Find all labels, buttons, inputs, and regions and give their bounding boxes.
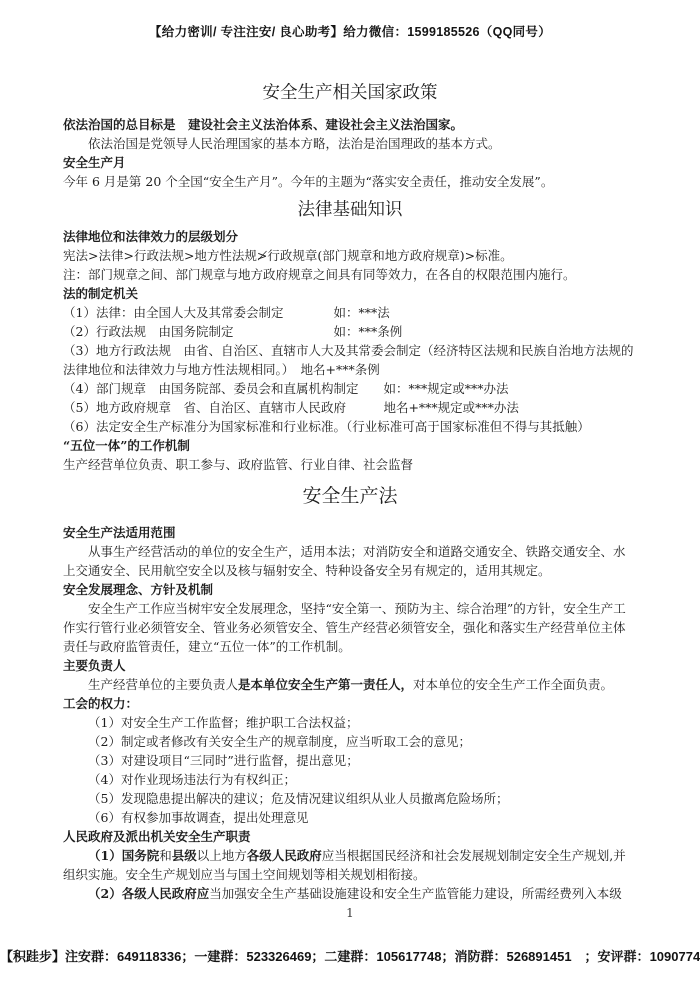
text-run: （6）法定安全生产标准分为国家标准和行业标准。（行业标准可高于国家标准但不得与其… (63, 419, 590, 434)
text-run: 依法治国是党领导人民治理国家的基本方略，法治是治国理政的基本方式。 (88, 136, 501, 151)
bold-text-run: 是本单位安全生产第一责任人， (238, 677, 413, 692)
text-run: （5）地方政府规章 省、自治区、直辖市人民政府 地名+***规定或***办法 (63, 400, 519, 415)
paragraph: （3）地方行政法规 由省、自治区、直辖市人大及其常委会制定（经济特区法规和民族自… (63, 341, 637, 379)
paragraph: 生产经营单位的主要负责人是本单位安全生产第一责任人，对本单位的安全生产工作全面负… (63, 675, 637, 694)
paragraph: 生产经营单位负责、职工参与、政府监管、行业自律、社会监督 (63, 455, 637, 474)
text-run: （3）对建设项目“三同时”进行监督，提出意见； (88, 753, 359, 768)
heading: 安全生产法 (63, 483, 637, 510)
text-run: 当加强安全生产基础设施建设和安全生产监管能力建设，所需经费列入本级 (209, 886, 622, 901)
paragraph: 宪法>法律>行政法规>地方性法规≯行政规章(部门规章和地方政府规章)>标准。 (63, 246, 637, 265)
bold-text-run: 依法治国的总目标是 建设社会主义法治体系、建设社会主义法治国家。 (63, 117, 463, 132)
paragraph: 安全发展理念、方针及机制 (63, 580, 637, 599)
paragraph: （1）法律：由全国人大及其常委会制定 如：***法 (63, 303, 637, 322)
paragraph: “五位一体”的工作机制 (63, 436, 637, 455)
text-run: 安全生产法 (302, 485, 397, 507)
text-run: （4）部门规章 由国务院部、委员会和直属机构制定 如：***规定或***办法 (63, 381, 508, 396)
text-run: 和 (159, 848, 172, 863)
paragraph: 安全生产法适用范围 (63, 523, 637, 542)
heading: 法律基础知识 (63, 197, 637, 223)
text-run: 生产经营单位负责、职工参与、政府监管、行业自律、社会监督 (63, 457, 413, 472)
bold-text-run: （1）国务院 (88, 848, 159, 863)
text-run: 安全生产工作应当树牢安全发展理念，坚持“安全第一、预防为主、综合治理”的方针，安… (63, 601, 626, 654)
paragraph: 依法治国的总目标是 建设社会主义法治体系、建设社会主义法治国家。 (63, 115, 637, 134)
bold-text-run: 法的制定机关 (63, 286, 138, 301)
text-run: （1）法律：由全国人大及其常委会制定 如：***法 (63, 305, 390, 320)
paragraph: （4）部门规章 由国务院部、委员会和直属机构制定 如：***规定或***办法 (63, 379, 637, 398)
paragraph: 注：部门规章之间、部门规章与地方政府规章之间具有同等效力，在各自的权限范围内施行… (63, 265, 637, 284)
bold-text-run: 县级 (172, 848, 197, 863)
text-run: （6）有权参加事故调查，提出处理意见 (88, 810, 308, 825)
text-run: 以上地方 (197, 848, 247, 863)
text-run: 安全生产相关国家政策 (263, 83, 438, 103)
text-run: 对本单位的安全生产工作全面负责。 (413, 677, 613, 692)
paragraph: 依法治国是党领导人民治理国家的基本方略，法治是治国理政的基本方式。 (63, 134, 637, 153)
text-run: （4）对作业现场违法行为有权纠正； (88, 772, 296, 787)
paragraph: （6）有权参加事故调查，提出处理意见 (63, 808, 637, 827)
bold-text-run: 工会的权力： (63, 696, 138, 711)
text-run: 注：部门规章之间、部门规章与地方政府规章之间具有同等效力，在各自的权限范围内施行… (63, 267, 576, 282)
paragraph: 安全生产月 (63, 153, 637, 172)
text-run: （2）制定或者修改有关安全生产的规章制度，应当听取工会的意见； (88, 734, 471, 749)
text-run: 宪法>法律>行政法规>地方性法规≯行政规章(部门规章和地方政府规章)>标准。 (63, 248, 513, 263)
document-body: 安全生产相关国家政策依法治国的总目标是 建设社会主义法治体系、建设社会主义法治国… (0, 80, 700, 903)
text-run: 今年 6 月是第 20 个全国“安全生产月”。今年的主题为“落实安全责任，推动安… (63, 174, 553, 189)
bold-text-run: （2）各级人民政府应 (88, 886, 209, 901)
page-header-banner: 【给力密训/ 专注注安/ 良心助考】给力微信：1599185526（QQ同号） (0, 0, 700, 40)
text-run: 从事生产经营活动的单位的安全生产，适用本法；对消防安全和道路交通安全、铁路交通安… (63, 544, 626, 578)
text-run: （2）行政法规 由国务院制定 如：***条例 (63, 324, 402, 339)
paragraph: （6）法定安全生产标准分为国家标准和行业标准。（行业标准可高于国家标准但不得与其… (63, 417, 637, 436)
text-run: 生产经营单位的主要负责人 (88, 677, 238, 692)
document-page: 【给力密训/ 专注注安/ 良心助考】给力微信：1599185526（QQ同号） … (0, 0, 700, 989)
bold-text-run: 主要负责人 (63, 658, 126, 673)
paragraph: （5）地方政府规章 省、自治区、直辖市人民政府 地名+***规定或***办法 (63, 398, 637, 417)
text-run: 法律基础知识 (298, 200, 403, 220)
paragraph: 法律地位和法律效力的层级划分 (63, 227, 637, 246)
paragraph: （4）对作业现场违法行为有权纠正； (63, 770, 637, 789)
paragraph: 人民政府及派出机关安全生产职责 (63, 827, 637, 846)
paragraph: 工会的权力： (63, 694, 637, 713)
page-footer-banner: 【积跬步】注安群：649118336；一建群：523326469；二建群：105… (0, 946, 700, 965)
paragraph: （2）各级人民政府应当加强安全生产基础设施建设和安全生产监管能力建设，所需经费列… (63, 884, 637, 903)
bold-text-run: 安全生产月 (63, 155, 126, 170)
paragraph: （5）发现隐患提出解决的建议；危及情况建议组织从业人员撤离危险场所； (63, 789, 637, 808)
bold-text-run: 法律地位和法律效力的层级划分 (63, 229, 238, 244)
paragraph: （1）国务院和县级以上地方各级人民政府应当根据国民经济和社会发展规划制定安全生产… (63, 846, 637, 884)
paragraph: 安全生产工作应当树牢安全发展理念，坚持“安全第一、预防为主、综合治理”的方针，安… (63, 599, 637, 656)
bold-text-run: 人民政府及派出机关安全生产职责 (63, 829, 251, 844)
text-run: （5）发现隐患提出解决的建议；危及情况建议组织从业人员撤离危险场所； (88, 791, 508, 806)
bold-text-run: 安全发展理念、方针及机制 (63, 582, 213, 597)
bold-text-run: 安全生产法适用范围 (63, 525, 176, 540)
paragraph: 从事生产经营活动的单位的安全生产，适用本法；对消防安全和道路交通安全、铁路交通安… (63, 542, 637, 580)
paragraph: 今年 6 月是第 20 个全国“安全生产月”。今年的主题为“落实安全责任，推动安… (63, 172, 637, 191)
paragraph: 主要负责人 (63, 656, 637, 675)
page-number: 1 (0, 906, 700, 920)
paragraph: （2）行政法规 由国务院制定 如：***条例 (63, 322, 637, 341)
heading: 安全生产相关国家政策 (63, 80, 637, 106)
paragraph: （2）制定或者修改有关安全生产的规章制度，应当听取工会的意见； (63, 732, 637, 751)
bold-text-run: “五位一体”的工作机制 (63, 438, 190, 453)
text-run: （1）对安全生产工作监督；维护职工合法权益； (88, 715, 358, 730)
text-run: （3）地方行政法规 由省、自治区、直辖市人大及其常委会制定（经济特区法规和民族自… (63, 343, 633, 377)
paragraph: 法的制定机关 (63, 284, 637, 303)
paragraph: （3）对建设项目“三同时”进行监督，提出意见； (63, 751, 637, 770)
paragraph: （1）对安全生产工作监督；维护职工合法权益； (63, 713, 637, 732)
bold-text-run: 各级人民政府 (247, 848, 322, 863)
